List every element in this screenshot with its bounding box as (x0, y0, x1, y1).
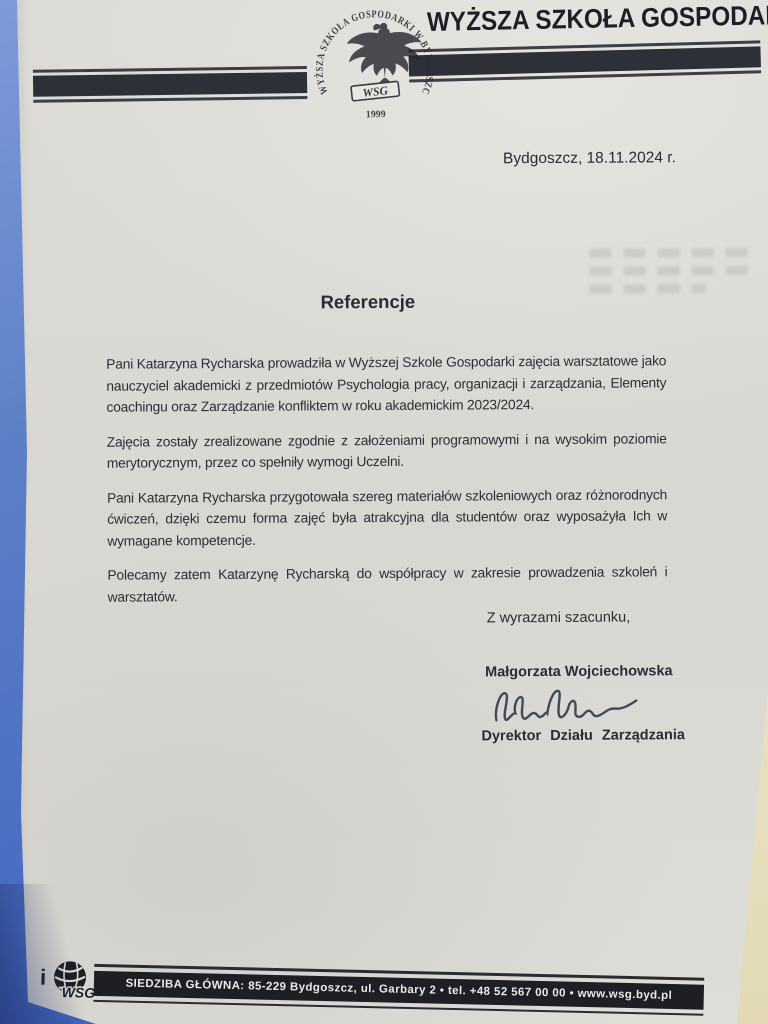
svg-text:i: i (40, 965, 47, 990)
university-name: WYŻSZA SZKOŁA GOSPODARKI (427, 1, 734, 38)
seal-monogram-banner: WSG (351, 81, 400, 101)
paragraph: Pani Katarzyna Rycharska przygotowała sz… (107, 484, 667, 552)
seal-monogram: WSG (362, 83, 389, 100)
handwritten-signature (490, 677, 640, 733)
photographed-letter: WYŻSZA SZKOŁA GOSPODARKI WYŻSZA SZKOŁA G… (0, 0, 768, 1024)
letterhead-rule-right (408, 40, 761, 82)
letter-paper: WYŻSZA SZKOŁA GOSPODARKI WYŻSZA SZKOŁA G… (0, 0, 768, 1024)
footer-logo-text: WSG (62, 984, 96, 1001)
letterhead: WYŻSZA SZKOŁA GOSPODARKI WYŻSZA SZKOŁA G… (0, 0, 766, 1)
seal-year: 1999 (366, 109, 386, 120)
footer-address-bar: SIEDZIBA GŁÓWNA: 85-229 Bydgoszcz, ul. G… (94, 964, 705, 1016)
paragraph: Zajęcia zostały zrealizowane zgodnie z z… (107, 428, 667, 474)
paragraph: Pani Katarzyna Rycharska prowadziła w Wy… (106, 350, 666, 418)
closing-line: Z wyrazami szacunku, (487, 610, 631, 627)
university-seal-icon: WYŻSZA SZKOŁA GOSPODARKI W BYDGOSZCZY WS… (304, 0, 445, 137)
paragraph: Polecamy zatem Katarzynę Rycharską do ws… (107, 561, 667, 607)
signer-title: Dyrektor Działu Zarządzania (481, 727, 685, 744)
letterhead-rule-left (33, 66, 307, 103)
letter-title: Referencje (2, 289, 734, 315)
date-line: Bydgoszcz, 18.11.2024 r. (503, 149, 676, 168)
letter-paragraphs: Pani Katarzyna Rycharska prowadziła w Wy… (106, 350, 668, 620)
